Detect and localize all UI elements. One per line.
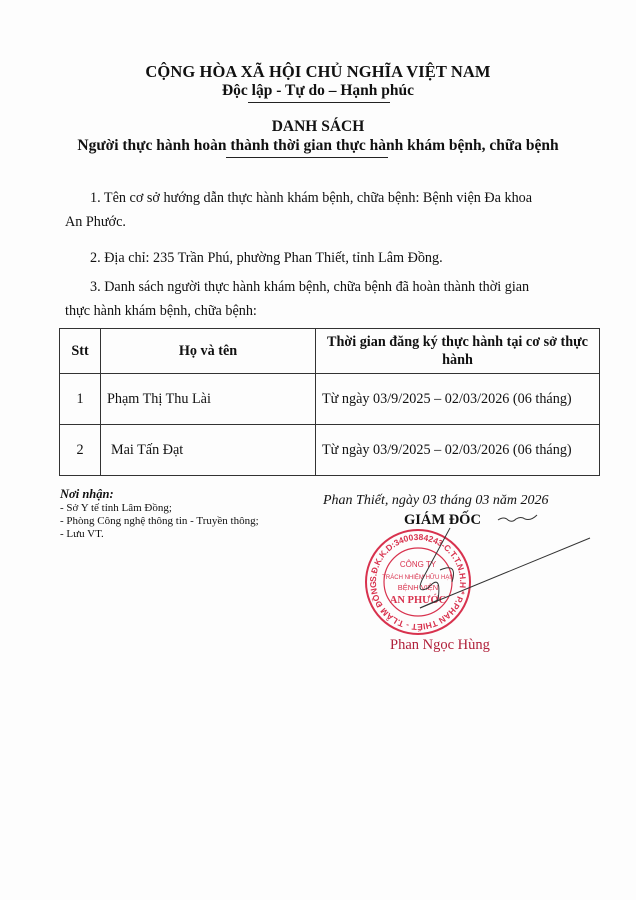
national-motto: Độc lập - Tự do – Hạnh phúc (0, 82, 636, 100)
recipient-item: - Lưu VT. (60, 528, 104, 541)
place-date: Phan Thiết, ngày 03 tháng 03 năm 2026 (323, 493, 549, 509)
recipients-label: Nơi nhận: (60, 487, 114, 502)
signer-name: Phan Ngọc Hùng (390, 637, 490, 654)
document-subtitle: Người thực hành hoàn thành thời gian thự… (0, 137, 636, 155)
recipient-item: - Phòng Công nghệ thông tin - Truyền thô… (60, 515, 259, 528)
table-header-row: Stt Họ và tên Thời gian đăng ký thực hàn… (60, 329, 600, 374)
motto-underline (248, 102, 390, 103)
row-period: Từ ngày 03/9/2025 – 02/03/2026 (06 tháng… (316, 374, 600, 425)
row-period: Từ ngày 03/9/2025 – 02/03/2026 (06 tháng… (316, 425, 600, 476)
recipient-item: - Sở Y tế tỉnh Lâm Đồng; (60, 502, 172, 515)
row-name: Phạm Thị Thu Lài (101, 374, 316, 425)
practitioner-table: Stt Họ và tên Thời gian đăng ký thực hàn… (59, 328, 600, 476)
signature-icon (380, 510, 600, 620)
item-3-text: 3. Danh sách người thực hành khám bệnh, … (90, 277, 590, 297)
item-3-continued: thực hành khám bệnh, chữa bệnh: (65, 301, 257, 321)
row-stt: 2 (60, 425, 101, 476)
row-stt: 1 (60, 374, 101, 425)
subtitle-underline (226, 157, 388, 158)
national-title: CỘNG HÒA XÃ HỘI CHỦ NGHĨA VIỆT NAM (0, 62, 636, 82)
item-1-text: 1. Tên cơ sở hướng dẫn thực hành khám bệ… (90, 188, 590, 208)
table-row: 1 Phạm Thị Thu Lài Từ ngày 03/9/2025 – 0… (60, 374, 600, 425)
document-title: DANH SÁCH (0, 118, 636, 136)
table-row: 2 Mai Tấn Đạt Từ ngày 03/9/2025 – 02/03/… (60, 425, 600, 476)
header-name: Họ và tên (101, 329, 316, 374)
item-1-continued: An Phước. (65, 212, 126, 232)
header-period: Thời gian đăng ký thực hành tại cơ sở th… (316, 329, 600, 374)
row-name: Mai Tấn Đạt (101, 425, 316, 476)
item-2-text: 2. Địa chỉ: 235 Trần Phú, phường Phan Th… (90, 248, 443, 268)
header-stt: Stt (60, 329, 101, 374)
